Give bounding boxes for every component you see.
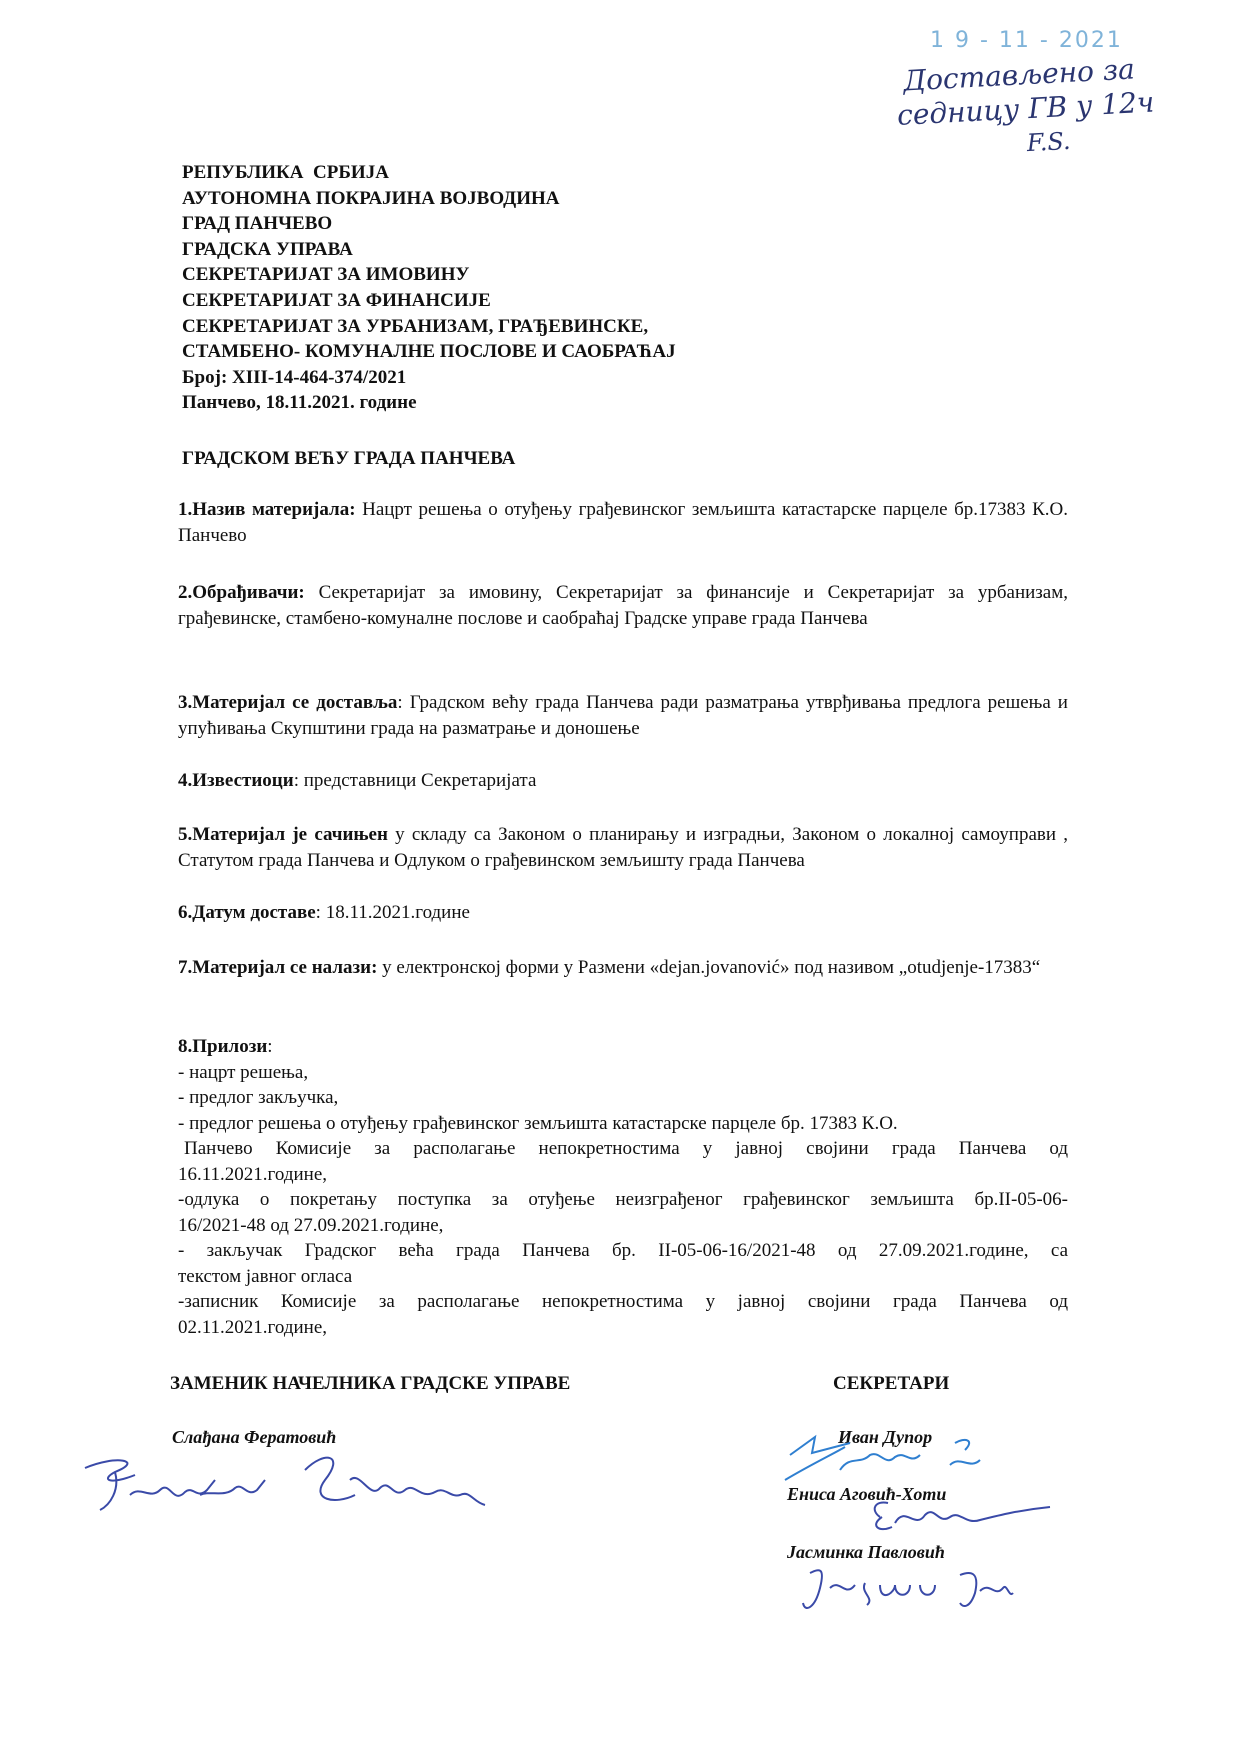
letterhead-secretariat-urbanism-2: СТАМБЕНО- КОМУНАЛНЕ ПОСЛОВЕ И САОБРАЋАЈ (182, 339, 676, 365)
attachment-line: 02.11.2021.године, (178, 1315, 1068, 1341)
received-date-stamp: 1 9 - 11 - 2021 (930, 28, 1123, 53)
document-date: Панчево, 18.11.2021. године (182, 390, 676, 416)
attachment-line: -записник Комисије за располагање непокр… (178, 1289, 1068, 1315)
letterhead-secretariat-finance: СЕКРЕТАРИЈАТ ЗА ФИНАНСИЈЕ (182, 288, 676, 314)
section-label: 7.Материјал се налази: (178, 957, 377, 978)
section-text: : 18.11.2021.године (316, 902, 470, 923)
handwritten-signature-left (75, 1450, 515, 1520)
signature-title-deputy-head: ЗАМЕНИК НАЧЕЛНИКА ГРАДСКЕ УПРАВЕ (170, 1373, 570, 1395)
section-attachments: 8.Прилози: - нацрт решења, - предлог зак… (178, 1034, 1068, 1340)
section-material-name: 1.Назив материјала: Нацрт решења о отуђе… (178, 497, 1068, 549)
letterhead-secretariat-property: СЕКРЕТАРИЈАТ ЗА ИМОВИНУ (182, 262, 676, 288)
handwritten-signature-pavlovic (795, 1563, 1015, 1618)
section-label: 3.Материјал се доставља (178, 692, 397, 713)
attachment-line: Панчево Комисије за располагање непокрет… (178, 1136, 1068, 1162)
section-material-location: 7.Материјал се налази: у електронској фо… (178, 955, 1068, 981)
section-text: Секретаријат за имовину, Секретаријат за… (178, 582, 1068, 629)
section-reporters: 4.Известиоци: представници Секретаријата (178, 768, 1068, 794)
attachment-line: -одлука о покретању поступка за отуђење … (178, 1187, 1068, 1213)
section-label: 4.Известиоци (178, 770, 294, 791)
attachments-heading: 8.Прилози: (178, 1034, 1068, 1060)
section-label: 5.Материјал је сачињен (178, 824, 388, 845)
attachment-line: текстом јавног огласа (178, 1264, 1068, 1290)
letterhead-secretariat-urbanism-1: СЕКРЕТАРИЈАТ ЗА УРБАНИЗАМ, ГРАЂЕВИНСКЕ, (182, 314, 676, 340)
signature-name-deputy-head: Слађана Ферaтовић (172, 1427, 336, 1448)
attachment-line: - предлог закључка, (178, 1085, 1068, 1111)
addressee: ГРАДСКОМ ВЕЋУ ГРАДА ПАНЧЕВА (182, 448, 515, 470)
handwritten-signature-agovic (860, 1495, 1060, 1535)
section-text: у електронској форми у Размени «dejan.jo… (377, 957, 1040, 978)
handwritten-note-line-3: F.S. (1026, 119, 1157, 160)
handwritten-note: Достављено за седницу ГВ у 12ч F.S. (903, 52, 1157, 167)
signature-title-secretaries: СЕКРЕТАРИ (833, 1373, 949, 1395)
section-text: : представници Секретаријата (294, 770, 537, 791)
section-label: 6.Датум доставе (178, 902, 316, 923)
section-label: 2.Обрађивачи: (178, 582, 305, 603)
attachment-line: - нацрт решења, (178, 1060, 1068, 1086)
handwritten-signature-dupor (780, 1425, 1000, 1485)
section-processors: 2.Обрађивачи: Секретаријат за имовину, С… (178, 580, 1068, 632)
document-number: Број: XIII-14-464-374/2021 (182, 365, 676, 391)
signature-name-secretary-3: Јасминка Павловић (787, 1542, 945, 1563)
attachment-line: 16.11.2021.године, (178, 1162, 1068, 1188)
section-delivery-date: 6.Датум доставе: 18.11.2021.године (178, 900, 1068, 926)
attachment-line: - предлог решења о отуђењу грађевинског … (178, 1111, 1068, 1137)
section-delivered-to: 3.Материјал се доставља: Градском већу г… (178, 690, 1068, 742)
section-label: 1.Назив материјала: (178, 499, 356, 520)
letterhead-city: ГРАД ПАНЧЕВО (182, 211, 676, 237)
section-compiled-per: 5.Материјал је сачињен у складу са Закон… (178, 822, 1068, 874)
letterhead-republic: РЕПУБЛИКА СРБИЈА (182, 160, 676, 186)
letterhead-province: АУТОНОМНА ПОКРАЈИНА ВОЈВОДИНА (182, 186, 676, 212)
attachment-line: - закључак Градског већа града Панчева б… (178, 1238, 1068, 1264)
letterhead-administration: ГРАДСКА УПРАВА (182, 237, 676, 263)
attachment-line: 16/2021-48 од 27.09.2021.године, (178, 1213, 1068, 1239)
letterhead: РЕПУБЛИКА СРБИЈА АУТОНОМНА ПОКРАЈИНА ВОЈ… (182, 160, 676, 416)
